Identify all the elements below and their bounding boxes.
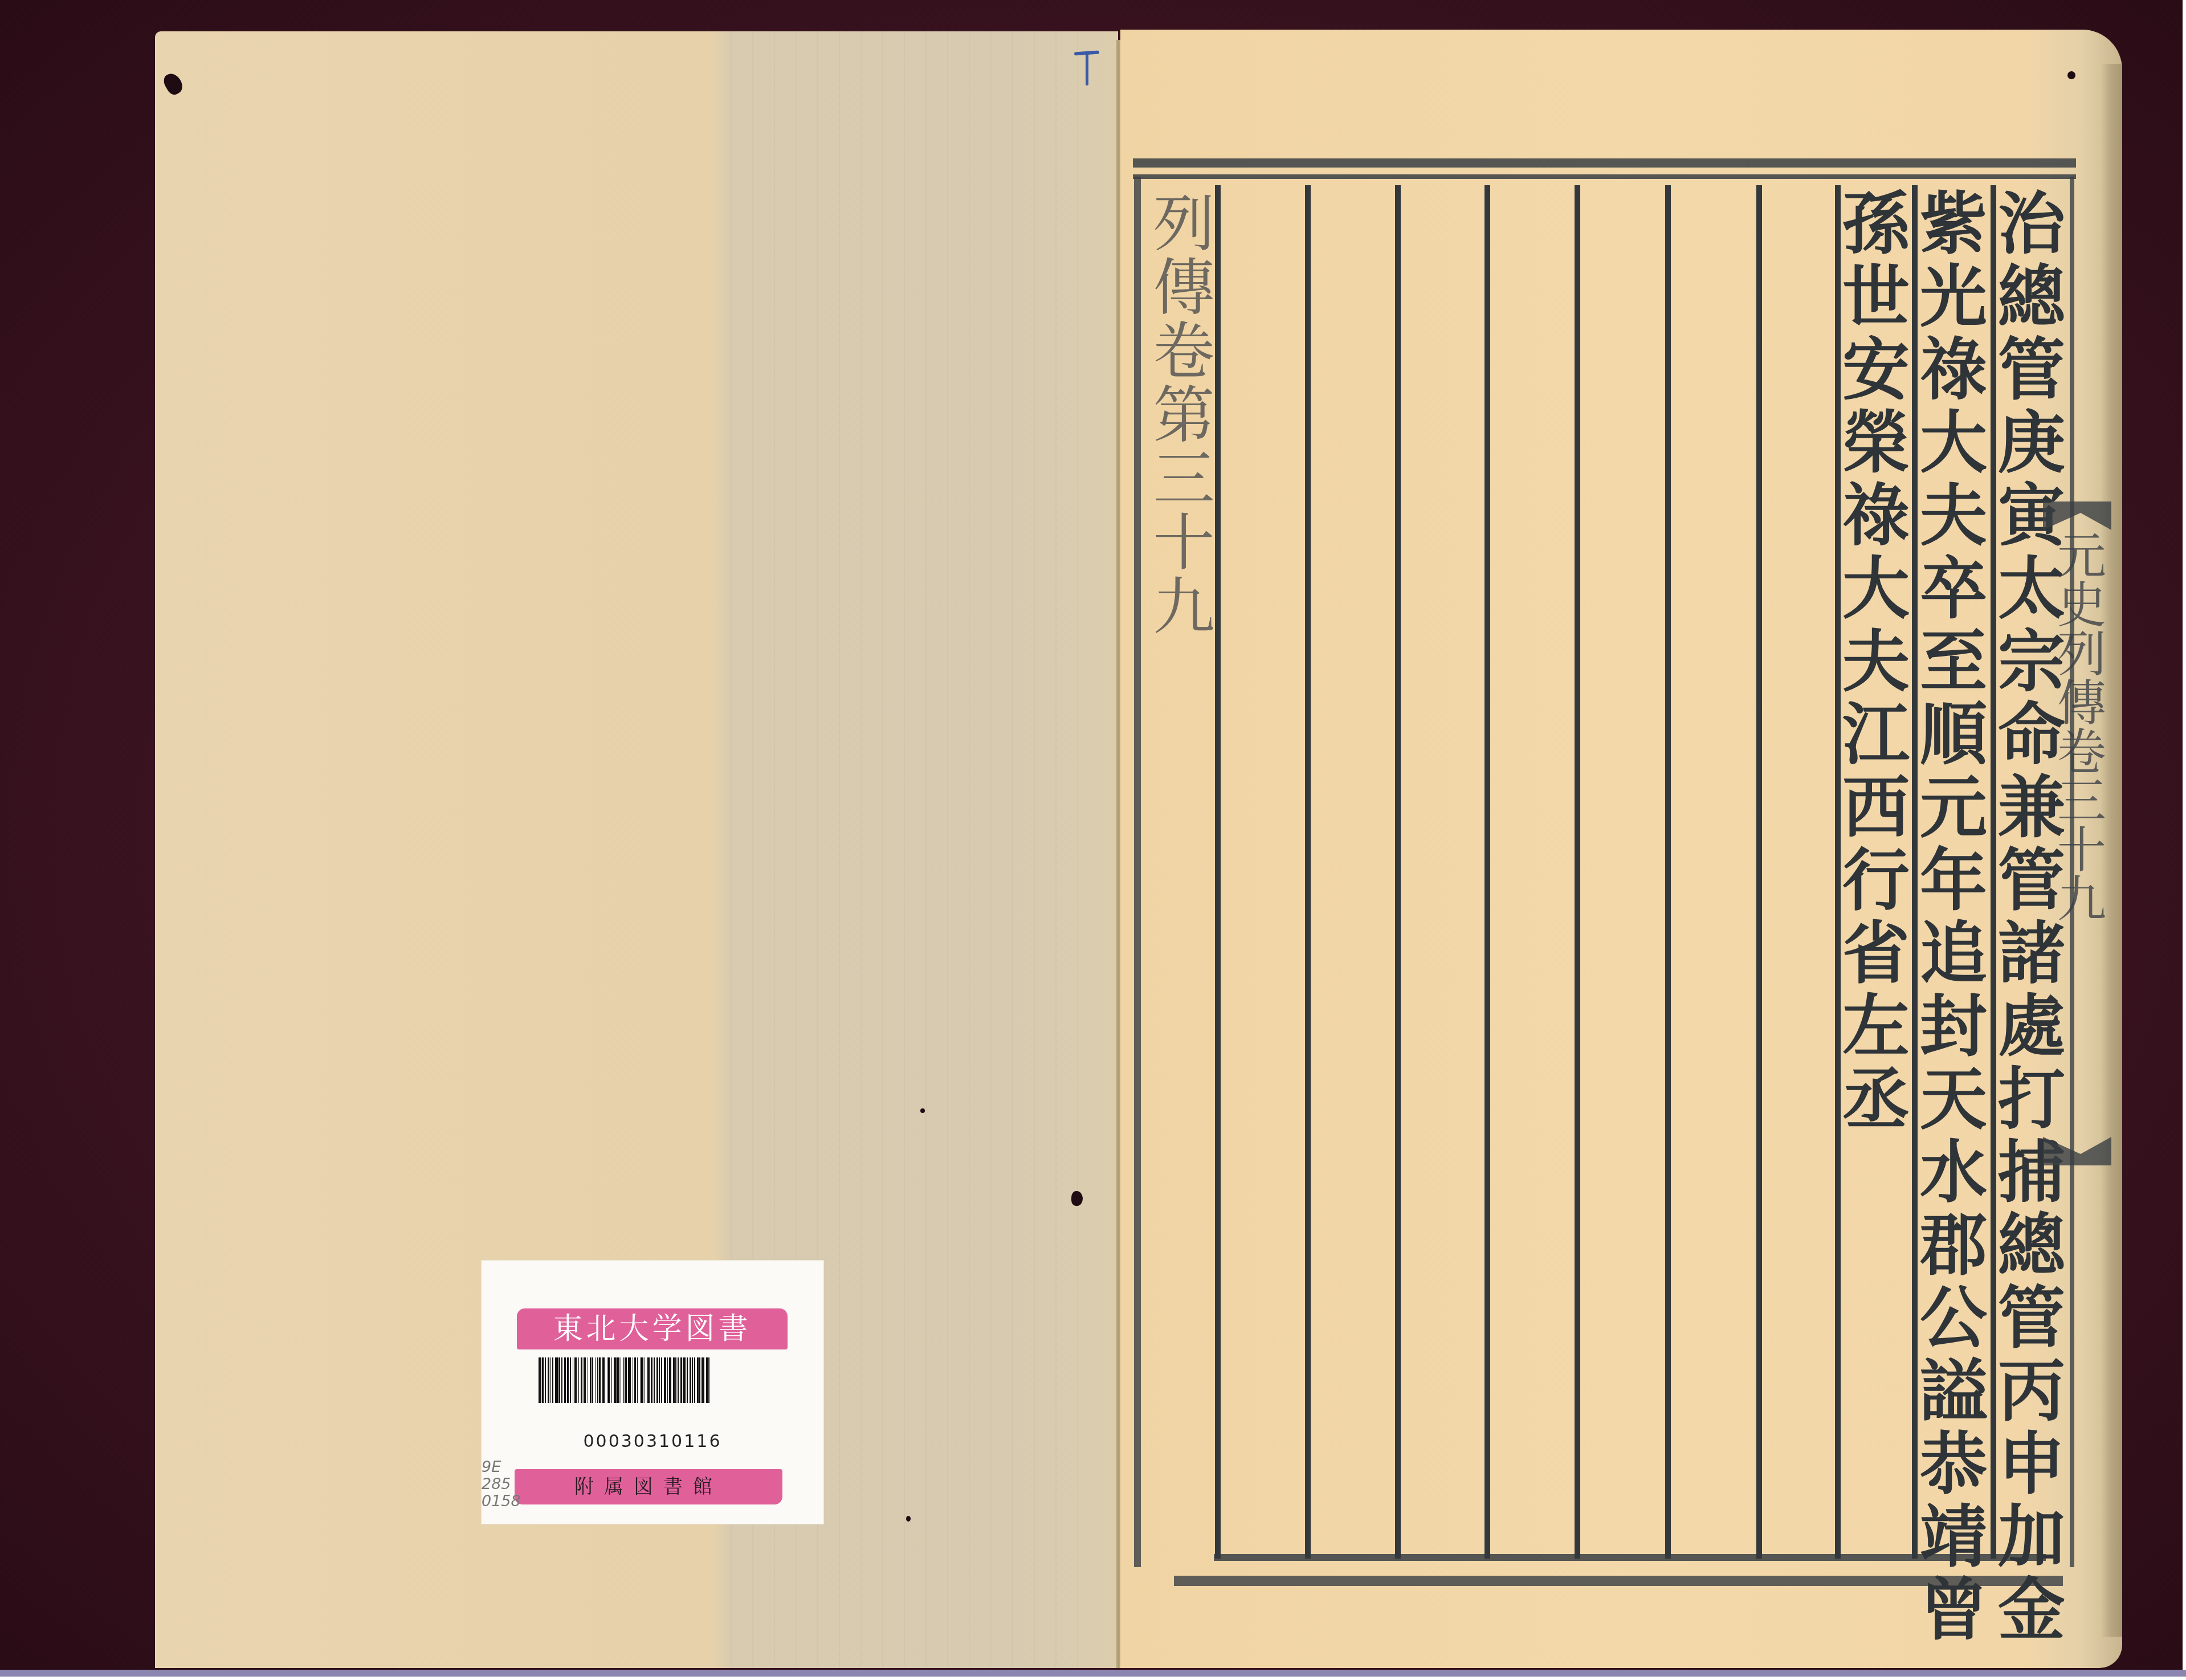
barcode-bar [550, 1357, 552, 1403]
barcode-bar [555, 1357, 558, 1403]
barcode-bar [634, 1357, 636, 1403]
column-rule [1756, 185, 1762, 1559]
barcode-bar [654, 1357, 655, 1403]
barcode-bar [651, 1357, 652, 1403]
worm-hole [1071, 1191, 1083, 1206]
barcode-bar [628, 1357, 631, 1403]
barcode-bar [633, 1357, 634, 1403]
barcode-bar [683, 1357, 686, 1403]
barcode-bar [597, 1357, 598, 1403]
column-rule [1575, 185, 1580, 1559]
barcode-bar [539, 1357, 541, 1403]
barcode-bar [574, 1357, 577, 1403]
barcode-bar [590, 1357, 591, 1403]
barcode-bar [699, 1357, 700, 1403]
barcode-bar [641, 1357, 643, 1403]
barcode-bar [640, 1357, 641, 1403]
image-right-margin [2183, 0, 2186, 1680]
barcode-bar [690, 1357, 691, 1403]
barcode-bar [680, 1357, 682, 1403]
barcode-bar [687, 1357, 688, 1403]
column-rule [1665, 185, 1671, 1559]
column-rule [1395, 185, 1401, 1559]
barcode-bar [625, 1357, 626, 1403]
barcode-bar [548, 1357, 549, 1403]
barcode-bar [561, 1357, 562, 1403]
barcode-bar [564, 1357, 566, 1403]
barcode-bar [545, 1357, 546, 1403]
barcode-bar [607, 1357, 608, 1403]
barcode-bar [599, 1357, 601, 1403]
barcode-bar [692, 1357, 693, 1403]
label-header: 東北大学図書 [517, 1308, 788, 1349]
barcode-bar [608, 1357, 610, 1403]
library-barcode-label: 東北大学図書 00030310116 附属図書館 [482, 1261, 823, 1524]
barcode [539, 1357, 761, 1403]
barcode-bar [621, 1357, 622, 1403]
frame-top-outer [1133, 158, 2076, 168]
barcode-bar [667, 1357, 668, 1403]
barcode-bar [702, 1357, 704, 1403]
banxin-title: 元史列傳卷三十九 [2046, 530, 2108, 922]
barcode-bar [567, 1357, 569, 1403]
barcode-bar [656, 1357, 658, 1403]
barcode-bar [645, 1357, 646, 1403]
barcode-bar [595, 1357, 596, 1403]
barcode-bar [637, 1357, 638, 1403]
barcode-bar [611, 1357, 613, 1403]
scan-bottom-edge [0, 1677, 2186, 1680]
call-number-line: 0158 [482, 1493, 521, 1510]
barcode-bar [617, 1357, 619, 1403]
barcode-bar [675, 1357, 676, 1403]
call-number-line: 285 [482, 1476, 521, 1493]
barcode-bar [708, 1357, 709, 1403]
barcode-bar [581, 1357, 582, 1403]
pen-mark-stem [1086, 54, 1088, 85]
barcode-bar [558, 1357, 560, 1403]
barcode-bar [669, 1357, 671, 1403]
barcode-bar [542, 1357, 544, 1403]
barcode-bar [664, 1357, 667, 1403]
barcode-bar [697, 1357, 699, 1403]
worm-hole [906, 1516, 911, 1522]
barcode-bar [614, 1357, 617, 1403]
barcode-bar [578, 1357, 580, 1403]
barcode-bar [623, 1357, 625, 1403]
barcode-bar [588, 1357, 589, 1403]
column-rule [1305, 185, 1311, 1559]
pen-mark-t [1074, 51, 1099, 85]
label-footer: 附属図書館 [515, 1469, 782, 1504]
barcode-bar [584, 1357, 586, 1403]
worm-hole [2067, 71, 2075, 79]
column-rule [1215, 185, 1221, 1559]
barcode-bar [602, 1357, 605, 1403]
call-number: 9E 285 0158 [482, 1459, 521, 1510]
text-column-2: 紫光祿大夫卒至順元年追封天水郡公謚恭靖曾 [1919, 188, 1991, 1647]
barcode-bar [678, 1357, 679, 1403]
barcode-bar [552, 1357, 553, 1403]
barcode-number: 00030310116 [482, 1432, 823, 1451]
barcode-bar [570, 1357, 571, 1403]
barcode-bar [592, 1357, 593, 1403]
frame-top-inner [1133, 174, 2076, 179]
barcode-bar [694, 1357, 695, 1403]
barcode-bar [661, 1357, 662, 1403]
volume-title: 列傳卷第三十九 [1143, 191, 1214, 638]
text-column-3: 孫世安榮祿大夫江西行省左丞 [1842, 188, 1913, 1136]
call-number-line: 9E [482, 1459, 521, 1476]
barcode-bar [573, 1357, 574, 1403]
barcode-bar [647, 1357, 650, 1403]
frame-left [1134, 177, 1141, 1567]
worm-hole [920, 1108, 925, 1113]
barcode-bar [706, 1357, 708, 1403]
column-rule [1484, 185, 1490, 1559]
barcode-bar [673, 1357, 675, 1403]
barcode-bar [659, 1357, 660, 1403]
